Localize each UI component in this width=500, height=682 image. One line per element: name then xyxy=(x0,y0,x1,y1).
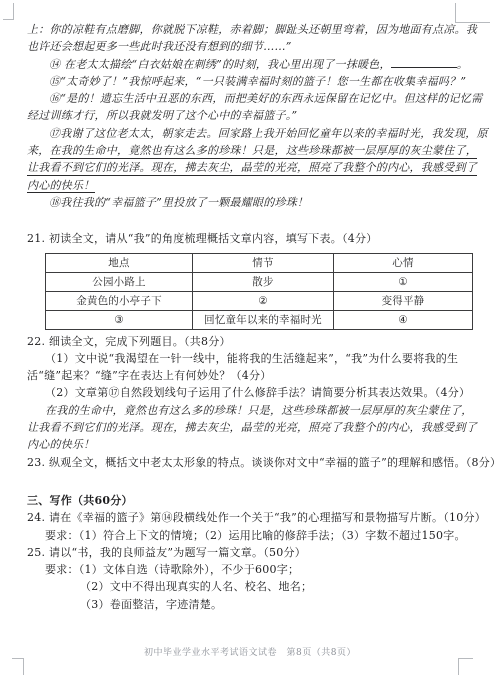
table-row: 公园小路上 散步 ① xyxy=(46,272,473,291)
question-22-sub2: （2）文章第⑰自然段划线句子运用了什么修辞手法？请简要分析其表达效果。（4分） xyxy=(27,384,480,401)
question-22-sub1-line-2: 活“缝”起来？“缝”字在表达上有何妙处？（4分） xyxy=(27,367,480,384)
underlined-sentence-part-2: 让我看不到它们的光泽。现在，拂去灰尘，晶莹的光亮，照亮了我整个的内心，我感受到了 xyxy=(27,161,477,176)
underlined-sentence-part-3: 内心的快乐！ xyxy=(27,179,95,194)
question-21-text: 初读全文，请从“我”的角度梳理概括文章内容，填写下表。（4分） xyxy=(49,232,378,245)
scan-corner-mark-top-right xyxy=(455,3,490,23)
passage-line-1: 上：你的凉鞋有点磨脚，你就脱下凉鞋，赤着脚；脚趾头还朝里弯着，因为地面有点凉。我 xyxy=(27,21,480,38)
table-header-plot: 情节 xyxy=(193,253,334,272)
passage-para-14: ⑭ 在老太太描绘“白衣姑娘在刺绣”的时刻，我心里出现了一抹暖色，。 xyxy=(27,56,480,73)
scan-corner-mark-bottom-left xyxy=(12,658,24,675)
table-cell: ② xyxy=(193,291,334,310)
question-22-quote-line-3: 内心的快乐！ xyxy=(27,436,480,453)
table-header-mood: 心情 xyxy=(334,253,473,272)
passage-para-17-line-4: 内心的快乐！ xyxy=(27,177,480,194)
table-row: ③ 回忆童年以来的幸福时光 ④ xyxy=(46,310,473,329)
question-23-number: 23. xyxy=(27,454,47,471)
passage-line-2: 也许还会想起更多一些此时我还没有想到的细节……” xyxy=(27,38,480,55)
passage-para-14-period: 。 xyxy=(457,58,468,71)
question-22-number: 22. xyxy=(27,333,47,350)
question-25: 25.请以“书，我的良师益友”为题写一篇文章。（50分） xyxy=(27,544,480,561)
question-22-sub1-line-1: （1）文中说“我渴望在一针一线中，能将我的生活缝起来”，“我”为什么要将我的生 xyxy=(27,350,480,367)
passage-para-17-line-1: ⑰我谢了这位老太太，朝家走去。回家路上我开始回忆童年以来的幸福时光，我发现，原 xyxy=(27,125,480,142)
question-24-text: 请在《幸福的篮子》第⑭段横线处作一个关于“我”的心理描写和景物描写片断。（10分… xyxy=(49,511,486,524)
table-header-location: 地点 xyxy=(46,253,193,272)
table-cell: 散步 xyxy=(193,272,334,291)
question-22: 22.细读全文，完成下列题目。（共8分） xyxy=(27,333,480,350)
question-21-number: 21. xyxy=(27,230,47,247)
page-footer: 初中毕业学业水平考试语文试卷 第8页（共8页） xyxy=(0,645,500,658)
passage-para-14-text: ⑭ 在老太太描绘“白衣姑娘在刺绣”的时刻，我心里出现了一抹暖色， xyxy=(49,58,391,71)
fill-in-blank-underline xyxy=(391,57,457,68)
question-22-quote-line-2: 让我看不到它们的光泽。现在，拂去灰尘，晶莹的光亮，照亮了我整个的内心，我感受到了 xyxy=(27,419,480,436)
question-23-text: 纵观全文，概括文中老太太形象的特点。谈谈你对文中“幸福的篮子”的理解和感悟。（8… xyxy=(49,456,500,469)
question-25-number: 25. xyxy=(27,544,47,561)
passage-para-18: ⑱我往我的“幸福篮子”里投放了一颗最耀眼的珍珠！ xyxy=(27,194,480,211)
question-22-text: 细读全文，完成下列题目。（共8分） xyxy=(49,335,231,348)
table-cell: ③ xyxy=(46,310,193,329)
passage-para-15: ⑮“太奇妙了！”我惊呼起来，“一只装满幸福时刻的篮子！您一生都在收集幸福吗？” xyxy=(27,73,480,90)
table-row: 金黄色的小亭子下 ② 变得平静 xyxy=(46,291,473,310)
passage-para-17-line-2-plain: 来， xyxy=(27,144,50,157)
question-24-number: 24. xyxy=(27,509,47,526)
question-25-requirement-2: （2）文中不得出现真实的人名、校名、地名； xyxy=(27,578,480,595)
exam-paper-page: 上：你的凉鞋有点磨脚，你就脱下凉鞋，赤着脚；脚趾头还朝里弯着，因为地面有点凉。我… xyxy=(0,0,500,682)
question-24: 24.请在《幸福的篮子》第⑭段横线处作一个关于“我”的心理描写和景物描写片断。（… xyxy=(27,509,480,526)
passage-para-17-line-2: 来，在我的生命中，竟然也有这么多的珍珠！只是，这些珍珠都被一层厚厚的灰尘蒙住了， xyxy=(27,142,480,159)
question-25-requirement-3: （3）卷面整洁，字迹清楚。 xyxy=(27,596,480,613)
question-21-table: 地点 情节 心情 公园小路上 散步 ① 金黄色的小亭子下 ② 变得平静 ③ 回忆… xyxy=(45,253,473,330)
scan-corner-mark-top-left xyxy=(3,3,14,20)
table-header-row: 地点 情节 心情 xyxy=(46,253,473,272)
table-cell: ④ xyxy=(334,310,473,329)
table-cell: 公园小路上 xyxy=(46,272,193,291)
table-cell: 回忆童年以来的幸福时光 xyxy=(193,310,334,329)
table-cell: ① xyxy=(334,272,473,291)
table-cell: 金黄色的小亭子下 xyxy=(46,291,193,310)
passage-para-17-line-3: 让我看不到它们的光泽。现在，拂去灰尘，晶莹的光亮，照亮了我整个的内心，我感受到了 xyxy=(27,159,480,176)
table-cell: 变得平静 xyxy=(334,291,473,310)
question-22-quote-line-1: 在我的生命中，竟然也有这么多的珍珠！只是，这些珍珠都被一层厚厚的灰尘蒙住了， xyxy=(27,402,480,419)
passage-para-16-line-2: 经过训练才行，所以我就发明了这个心中的幸福篮子。” xyxy=(27,107,480,124)
question-25-requirement-1: 要求：（1）文体自选（诗歌除外），不少于600字； xyxy=(27,561,480,578)
question-23: 23.纵观全文，概括文中老太太形象的特点。谈谈你对文中“幸福的篮子”的理解和感悟… xyxy=(27,454,480,471)
section-3-title: 三、写作（共60分） xyxy=(27,492,480,509)
question-24-requirements: 要求：（1）符合上下文的情境；（2）运用比喻的修辞手法；（3）字数不超过150字… xyxy=(27,527,480,544)
page-content: 上：你的凉鞋有点磨脚，你就脱下凉鞋，赤着脚；脚趾头还朝里弯着，因为地面有点凉。我… xyxy=(27,21,480,613)
question-21: 21.初读全文，请从“我”的角度梳理概括文章内容，填写下表。（4分） xyxy=(27,230,480,247)
underlined-sentence-part-1: 在我的生命中，竟然也有这么多的珍珠！只是，这些珍珠都被一层厚厚的灰尘蒙住了， xyxy=(50,144,478,159)
passage-para-16-line-1: ⑯“是的！遗忘生活中丑恶的东西，而把美好的东西永远保留在记忆中。但这样的记忆需 xyxy=(27,90,480,107)
scan-corner-mark-bottom-right xyxy=(458,658,473,675)
question-25-text: 请以“书，我的良师益友”为题写一篇文章。（50分） xyxy=(49,546,306,559)
